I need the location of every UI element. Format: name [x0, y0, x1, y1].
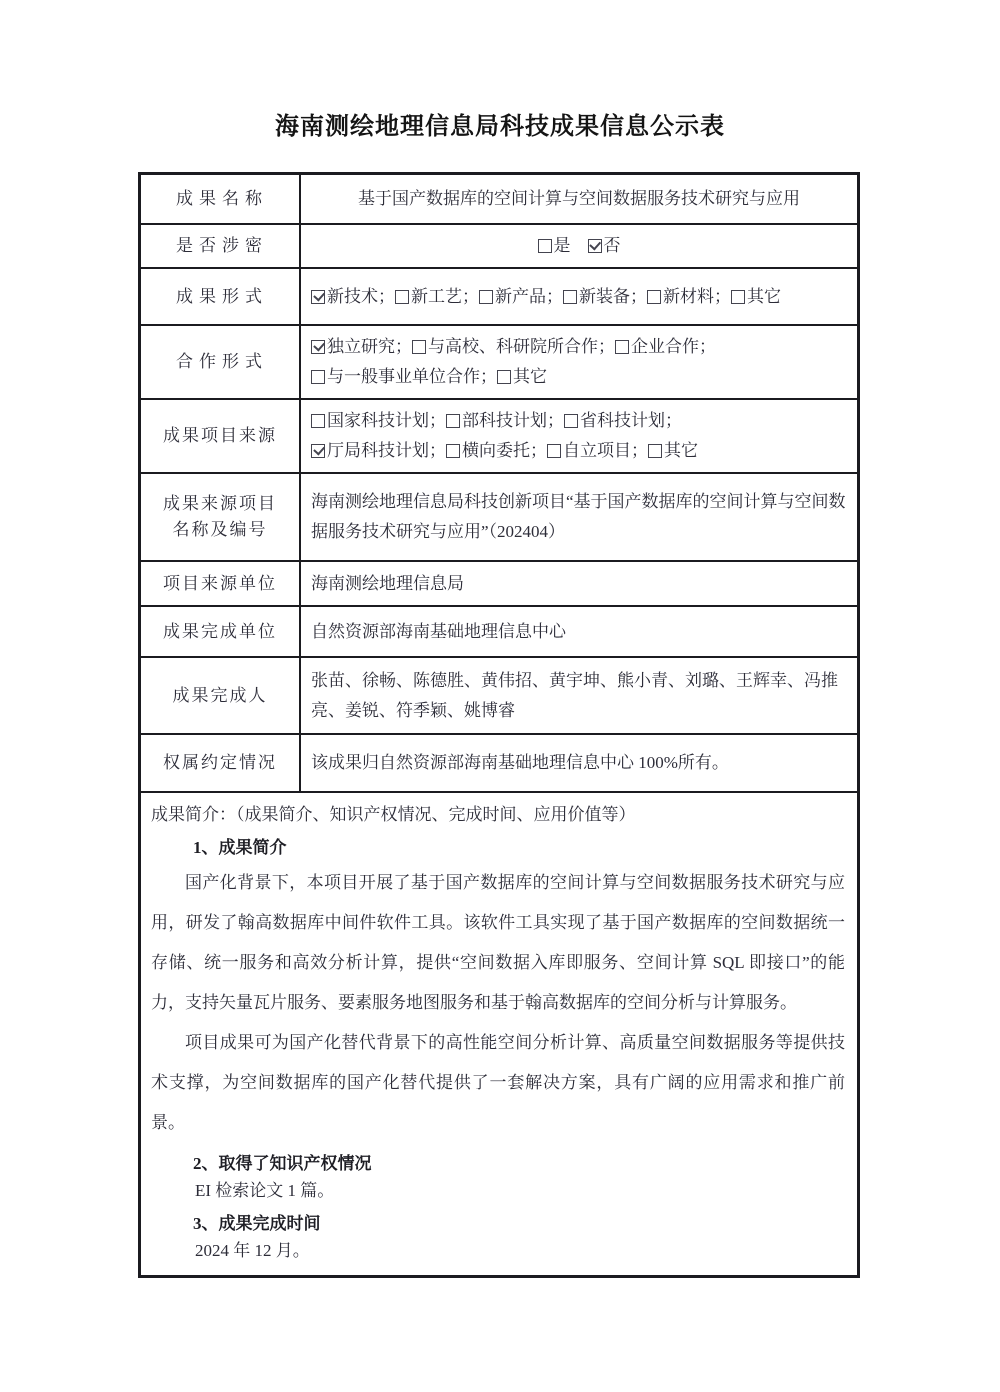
value-text: 张苗、徐畅、陈德胜、黄伟招、黄宇坤、熊小青、刘璐、王辉幸、冯推亮、姜锐、符季颖、…: [311, 671, 838, 720]
checkbox-checked-icon: [311, 340, 325, 354]
value-text: 新装备；: [579, 287, 647, 306]
value-line: 与一般事业单位合作；其它: [311, 362, 847, 392]
checkbox-checked-icon: [311, 290, 325, 304]
checkbox-unchecked-icon: [538, 239, 552, 253]
row-label-text: 成果名称: [176, 186, 268, 212]
value-text: 国家科技计划；: [327, 411, 446, 430]
table-row: 成果完成单位自然资源部海南基础地理信息中心: [141, 607, 857, 658]
value-text: 横向委托；: [462, 441, 547, 460]
value-line: 海南测绘地理信息局: [311, 569, 847, 599]
row-value: 国家科技计划；部科技计划；省科技计划；厅局科技计划；横向委托；自立项目；其它: [301, 400, 857, 472]
value-text: 其它: [747, 287, 781, 306]
summary-row: 成果简介：（成果简介、知识产权情况、完成时间、应用价值等）1、成果简介国产化背景…: [141, 793, 857, 1275]
checkbox-unchecked-icon: [446, 414, 460, 428]
value-text: 自然资源部海南基础地理信息中心: [311, 622, 566, 641]
row-label-text: 是否涉密: [176, 233, 268, 259]
value-text: 独立研究；: [327, 337, 412, 356]
value-line: 基于国产数据库的空间计算与空间数据服务技术研究与应用: [358, 184, 800, 214]
checkbox-unchecked-icon: [564, 414, 578, 428]
checkbox-unchecked-icon: [547, 444, 561, 458]
table-row: 成果形式新技术；新工艺；新产品；新装备；新材料；其它: [141, 269, 857, 326]
value-text: 与一般事业单位合作；: [327, 367, 497, 386]
value-line: 该成果归自然资源部海南基础地理信息中心 100%所有。: [311, 748, 847, 778]
checkbox-unchecked-icon: [647, 290, 661, 304]
value-text: 新技术；: [327, 287, 395, 306]
checkbox-unchecked-icon: [412, 340, 426, 354]
checkbox-unchecked-icon: [731, 290, 745, 304]
checkbox-unchecked-icon: [311, 370, 325, 384]
row-label-text: 成果项目来源: [163, 423, 277, 449]
row-value: 新技术；新工艺；新产品；新装备；新材料；其它: [301, 269, 857, 324]
table-row: 成果名称基于国产数据库的空间计算与空间数据服务技术研究与应用: [141, 175, 857, 225]
row-label: 项目来源单位: [141, 562, 301, 605]
value-line: 海南测绘地理信息局科技创新项目“基于国产数据库的空间计算与空间数据服务技术研究与…: [311, 487, 847, 547]
value-text: 基于国产数据库的空间计算与空间数据服务技术研究与应用: [358, 189, 800, 208]
summary-para: 国产化背景下，本项目开展了基于国产数据库的空间计算与空间数据服务技术研究与应用，…: [151, 863, 845, 1023]
row-label: 成果名称: [141, 175, 301, 223]
value-text: 是: [554, 236, 571, 255]
value-line: 张苗、徐畅、陈德胜、黄伟招、黄宇坤、熊小青、刘璐、王辉幸、冯推亮、姜锐、符季颖、…: [311, 666, 847, 726]
value-text: 新产品；: [495, 287, 563, 306]
document-page: 海南测绘地理信息局科技成果信息公示表 成果名称基于国产数据库的空间计算与空间数据…: [0, 0, 1000, 1392]
checkbox-unchecked-icon: [311, 414, 325, 428]
value-text: 企业合作；: [631, 337, 716, 356]
value-line: 厅局科技计划；横向委托；自立项目；其它: [311, 436, 847, 466]
table-row: 成果完成人张苗、徐畅、陈德胜、黄伟招、黄宇坤、熊小青、刘璐、王辉幸、冯推亮、姜锐…: [141, 658, 857, 735]
row-value: 海南测绘地理信息局: [301, 562, 857, 605]
value-line: 国家科技计划；部科技计划；省科技计划；: [311, 406, 847, 436]
row-label-text: 成果完成单位: [163, 619, 277, 645]
table-row: 项目来源单位海南测绘地理信息局: [141, 562, 857, 607]
info-table: 成果名称基于国产数据库的空间计算与空间数据服务技术研究与应用是否涉密是 否成果形…: [138, 172, 860, 1278]
value-text: 海南测绘地理信息局科技创新项目“基于国产数据库的空间计算与空间数据服务技术研究与…: [311, 492, 846, 541]
checkbox-checked-icon: [311, 444, 325, 458]
row-label-text: 名称及编号: [173, 517, 268, 543]
table-row: 成果项目来源国家科技计划；部科技计划；省科技计划；厅局科技计划；横向委托；自立项…: [141, 400, 857, 474]
value-text: 否: [604, 236, 621, 255]
row-value: 基于国产数据库的空间计算与空间数据服务技术研究与应用: [301, 175, 857, 223]
row-label-text: 成果形式: [176, 284, 268, 310]
value-text: [571, 236, 588, 255]
value-text: 其它: [513, 367, 547, 386]
table-row: 权属约定情况该成果归自然资源部海南基础地理信息中心 100%所有。: [141, 735, 857, 793]
value-line: 新技术；新工艺；新产品；新装备；新材料；其它: [311, 282, 847, 312]
value-line: 自然资源部海南基础地理信息中心: [311, 617, 847, 647]
table-row: 成果来源项目名称及编号海南测绘地理信息局科技创新项目“基于国产数据库的空间计算与…: [141, 474, 857, 562]
row-label: 成果形式: [141, 269, 301, 324]
row-value: 是 否: [301, 225, 857, 267]
row-label-text: 权属约定情况: [163, 750, 277, 776]
row-label: 成果完成人: [141, 658, 301, 733]
row-value: 独立研究；与高校、科研院所合作；企业合作；与一般事业单位合作；其它: [301, 326, 857, 398]
summary-text: 2024 年 12 月。: [151, 1239, 845, 1263]
row-value: 张苗、徐畅、陈德胜、黄伟招、黄宇坤、熊小青、刘璐、王辉幸、冯推亮、姜锐、符季颖、…: [301, 658, 857, 733]
value-text: 部科技计划；: [462, 411, 564, 430]
row-value: 自然资源部海南基础地理信息中心: [301, 607, 857, 656]
value-text: 自立项目；: [563, 441, 648, 460]
value-text: 厅局科技计划；: [327, 441, 446, 460]
value-text: 新材料；: [663, 287, 731, 306]
row-label-text: 项目来源单位: [163, 571, 277, 597]
checkbox-unchecked-icon: [497, 370, 511, 384]
row-label: 成果来源项目名称及编号: [141, 474, 301, 560]
value-text: 省科技计划；: [580, 411, 682, 430]
row-label: 权属约定情况: [141, 735, 301, 791]
row-label: 是否涉密: [141, 225, 301, 267]
checkbox-unchecked-icon: [395, 290, 409, 304]
checkbox-unchecked-icon: [563, 290, 577, 304]
row-label: 成果完成单位: [141, 607, 301, 656]
page-title: 海南测绘地理信息局科技成果信息公示表: [0, 106, 1000, 141]
checkbox-unchecked-icon: [648, 444, 662, 458]
row-label-text: 成果来源项目: [163, 491, 277, 517]
row-label-text: 成果完成人: [173, 683, 268, 709]
checkbox-unchecked-icon: [479, 290, 493, 304]
value-text: 该成果归自然资源部海南基础地理信息中心 100%所有。: [311, 753, 729, 772]
checkbox-unchecked-icon: [615, 340, 629, 354]
checkbox-checked-icon: [588, 239, 602, 253]
checkbox-unchecked-icon: [446, 444, 460, 458]
summary-heading: 1、成果简介: [151, 836, 845, 860]
row-label-text: 合作形式: [176, 349, 268, 375]
info-table-rows: 成果名称基于国产数据库的空间计算与空间数据服务技术研究与应用是否涉密是 否成果形…: [141, 175, 857, 793]
value-text: 与高校、科研院所合作；: [428, 337, 615, 356]
table-row: 是否涉密是 否: [141, 225, 857, 269]
row-label: 成果项目来源: [141, 400, 301, 472]
summary-heading: 3、成果完成时间: [151, 1212, 845, 1236]
value-text: 新工艺；: [411, 287, 479, 306]
row-label: 合作形式: [141, 326, 301, 398]
value-text: 海南测绘地理信息局: [311, 574, 464, 593]
value-line: 是 否: [538, 231, 621, 261]
value-text: 其它: [664, 441, 698, 460]
row-value: 该成果归自然资源部海南基础地理信息中心 100%所有。: [301, 735, 857, 791]
summary-text: EI 检索论文 1 篇。: [151, 1179, 845, 1203]
summary-heading: 2、取得了知识产权情况: [151, 1152, 845, 1176]
row-value: 海南测绘地理信息局科技创新项目“基于国产数据库的空间计算与空间数据服务技术研究与…: [301, 474, 857, 560]
summary-intro: 成果简介：（成果简介、知识产权情况、完成时间、应用价值等）: [151, 803, 845, 827]
value-line: 独立研究；与高校、科研院所合作；企业合作；: [311, 332, 847, 362]
table-row: 合作形式独立研究；与高校、科研院所合作；企业合作；与一般事业单位合作；其它: [141, 326, 857, 400]
summary-para: 项目成果可为国产化替代背景下的高性能空间分析计算、高质量空间数据服务等提供技术支…: [151, 1023, 845, 1143]
summary-cell: 成果简介：（成果简介、知识产权情况、完成时间、应用价值等）1、成果简介国产化背景…: [141, 793, 857, 1275]
